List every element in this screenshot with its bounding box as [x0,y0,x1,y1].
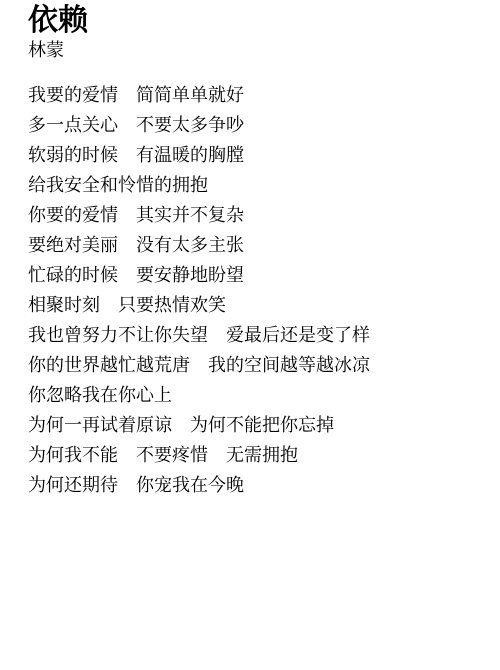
artist-name: 林蒙 [28,38,480,62]
lyric-line: 给我安全和怜惜的拥抱 [28,170,480,200]
lyric-line: 你的世界越忙越荒唐 我的空间越等越冰凉 [28,350,480,380]
song-title: 依赖 [28,4,480,38]
lyrics-page: 依赖 林蒙 我要的爱情 简简单单就好 多一点关心 不要太多争吵 软弱的时候 有温… [0,0,500,670]
lyrics-block: 我要的爱情 简简单单就好 多一点关心 不要太多争吵 软弱的时候 有温暖的胸膛 给… [28,80,480,500]
lyric-line: 多一点关心 不要太多争吵 [28,110,480,140]
lyric-line: 你忽略我在你心上 [28,380,480,410]
lyric-line: 你要的爱情 其实并不复杂 [28,200,480,230]
lyric-line: 忙碌的时候 要安静地盼望 [28,260,480,290]
lyric-line: 相聚时刻 只要热情欢笑 [28,290,480,320]
lyric-line: 软弱的时候 有温暖的胸膛 [28,140,480,170]
lyric-line: 为何我不能 不要疼惜 无需拥抱 [28,440,480,470]
lyric-line: 为何一再试着原谅 为何不能把你忘掉 [28,410,480,440]
lyric-line: 我要的爱情 简简单单就好 [28,80,480,110]
lyric-line: 为何还期待 你宠我在今晚 [28,470,480,500]
lyric-line: 要绝对美丽 没有太多主张 [28,230,480,260]
lyric-line: 我也曾努力不让你失望 爱最后还是变了样 [28,320,480,350]
